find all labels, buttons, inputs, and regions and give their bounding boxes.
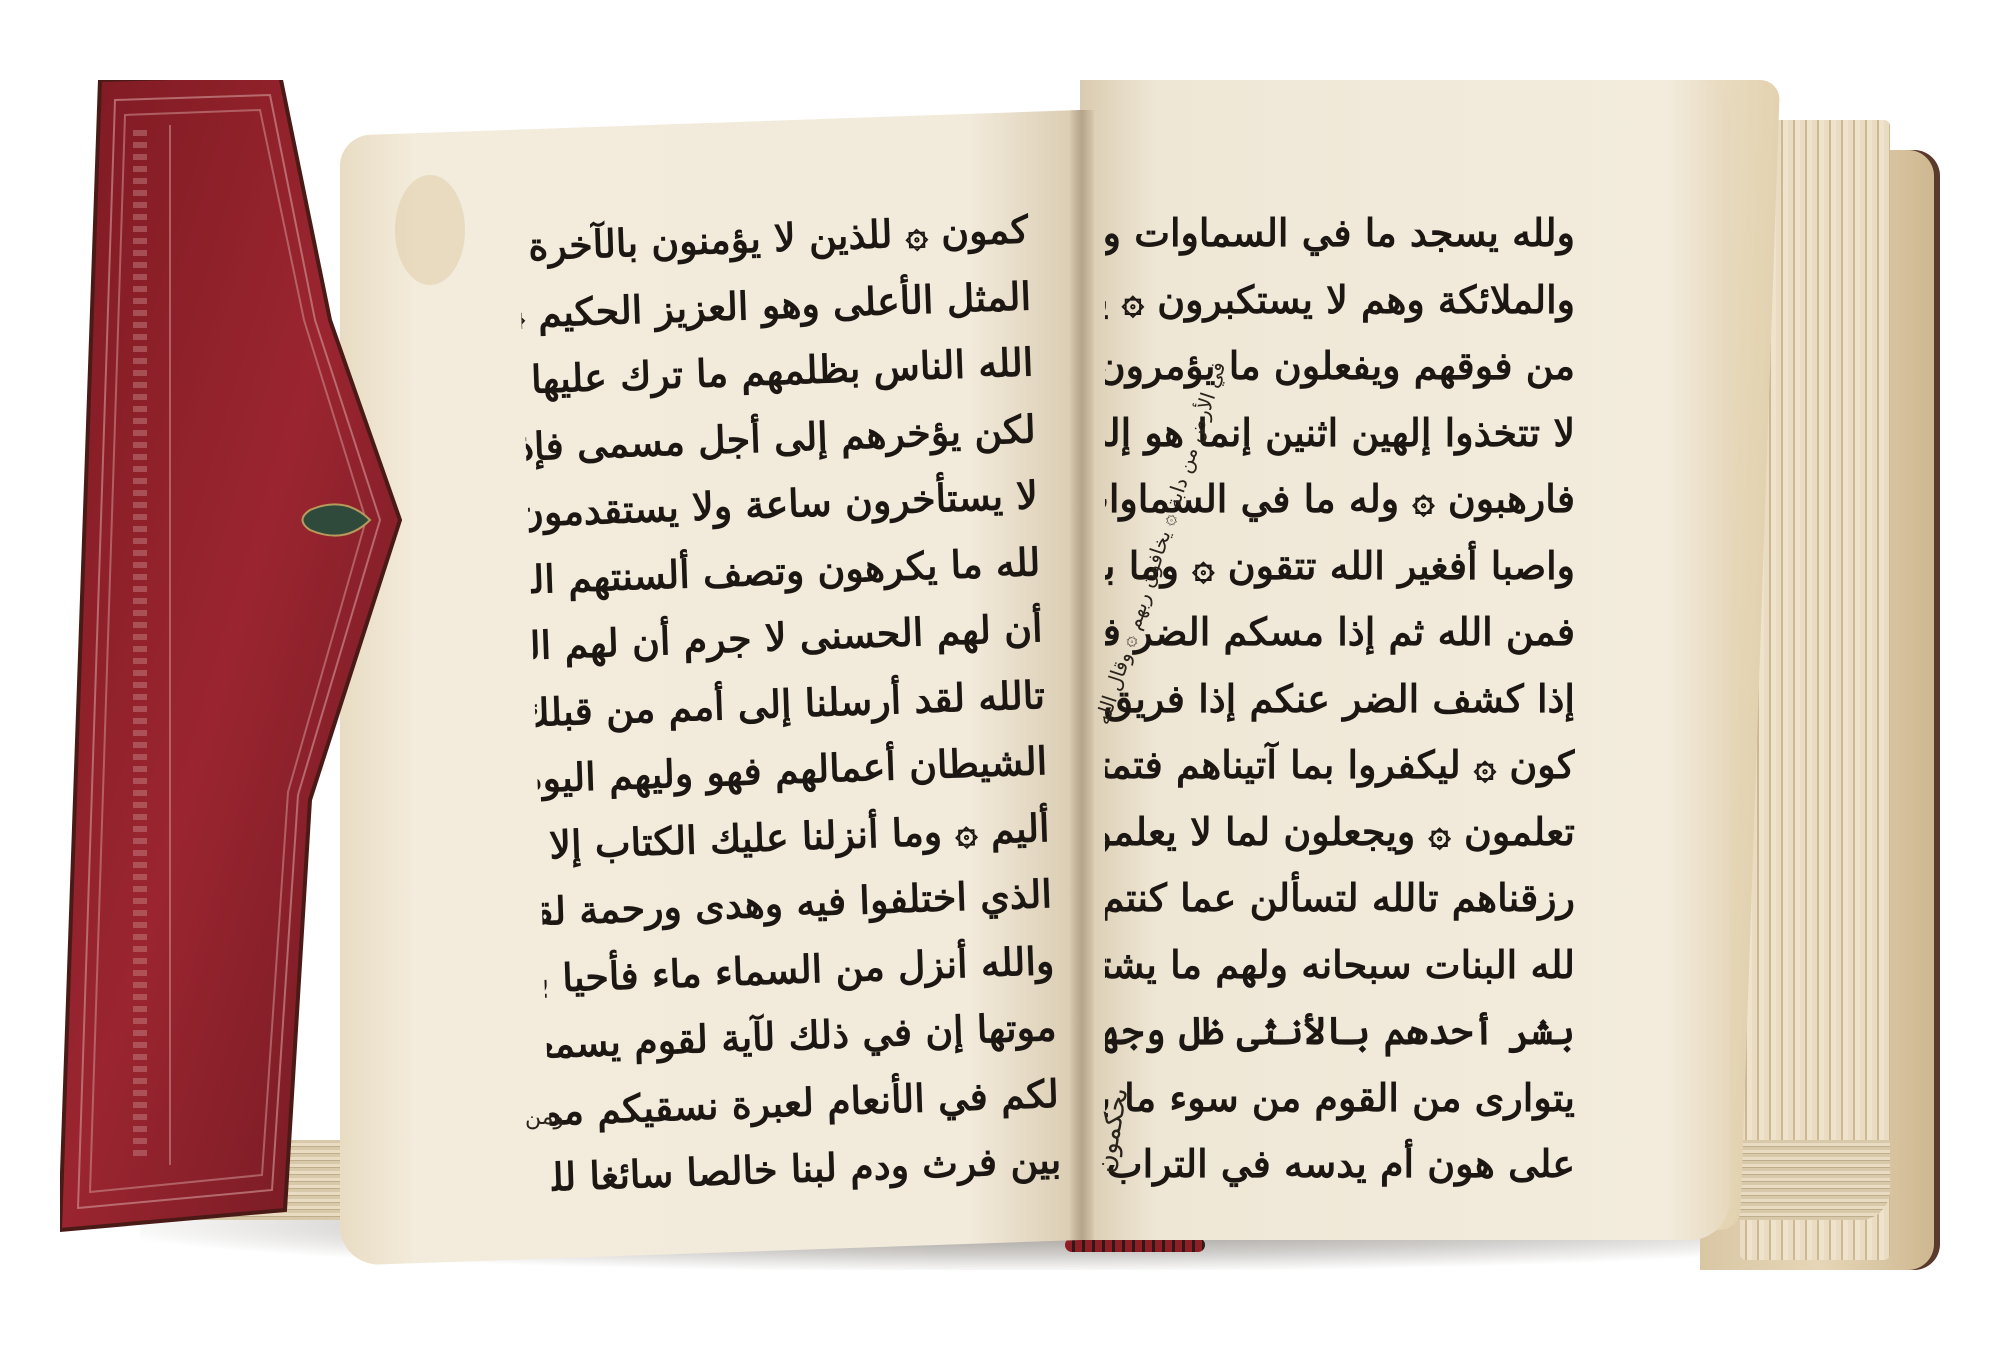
catchword-left: ومن: [525, 1105, 564, 1130]
gutter: [1070, 110, 1094, 1240]
text-line: والملائكة وهم لا يستكبرون ۞ يخافون ربهم: [1105, 267, 1575, 334]
text-line: فمن الله ثم إذا مسكم الضر فإليه تجأرون ۞…: [1105, 599, 1575, 666]
text-line: يتوارى من القوم من سوء ما بشر به أيمسكه: [1105, 1065, 1575, 1132]
headband: [1065, 1238, 1205, 1252]
flap-icon: [60, 80, 430, 1260]
text-line: رزقناهم تالله لتسألن عما كنتم تفترون ۞ و…: [1105, 865, 1575, 932]
left-page-text: كمون ۞ للذين لا يؤمنون بالآخرة مثل السوء…: [518, 196, 1063, 1211]
text-line: كون ۞ ليكفروا بما آتيناهم فتمتعوا فسوف: [1105, 732, 1575, 799]
text-line: واصبا أفغير الله تتقون ۞ وما بكم من نعمة: [1105, 533, 1575, 600]
right-page-text: ولله يسجد ما في السماوات وما في الأرض من…: [1105, 200, 1575, 1198]
text-line: من فوقهم ويفعلون ما يؤمرون ۞ وقال الله: [1105, 333, 1575, 400]
text-line: ولله يسجد ما في السماوات وما في الأرض من…: [1105, 200, 1575, 267]
text-line: على هون أم يدسه في التراب ألا ساء ما يحك…: [1105, 1131, 1575, 1198]
text-line: بشر أحدهم بالأنثى ظل وجهه مسودا وهو كظيم…: [1105, 998, 1575, 1065]
text-line: إذا كشف الضر عنكم إذا فريق منكم بربهم يش…: [1105, 666, 1575, 733]
text-line: لله البنات سبحانه ولهم ما يشتهون ۞ وإذا: [1105, 932, 1575, 999]
leather-flap-binding: [60, 80, 430, 1260]
text-line: تعلمون ۞ ويجعلون لما لا يعلمون نصيبا مما: [1105, 799, 1575, 866]
